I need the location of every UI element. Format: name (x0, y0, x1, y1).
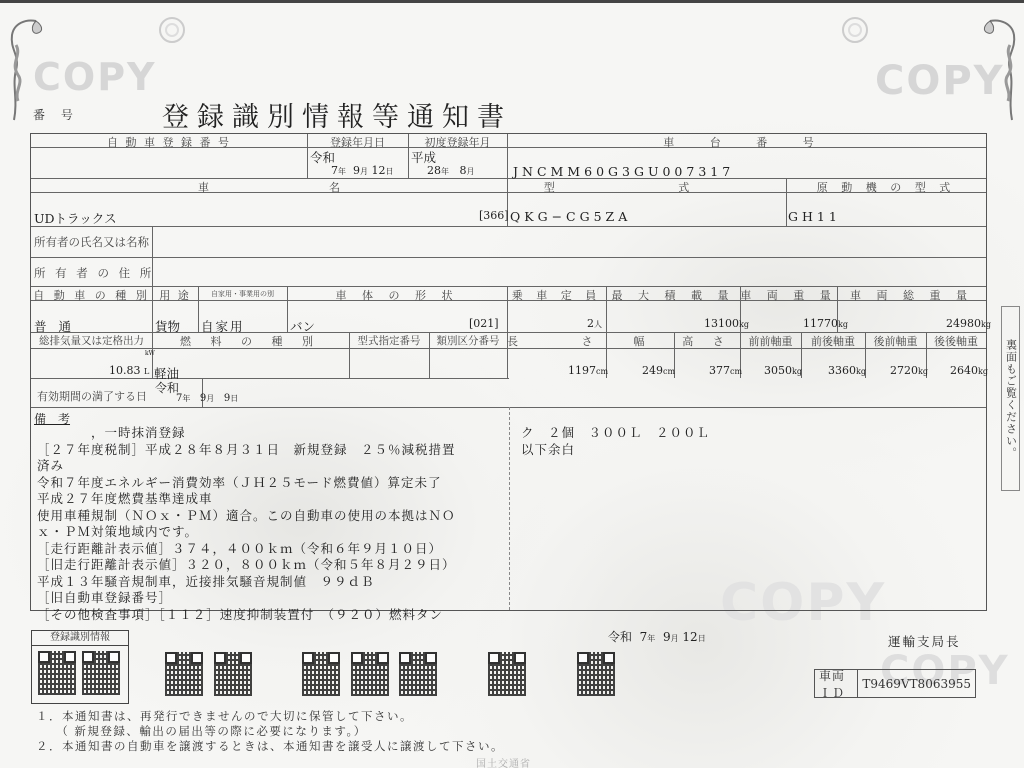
reg-number-label: 自 動 車 登 録 番 号 (31, 134, 307, 150)
qr-code-icon (351, 652, 389, 696)
displacement-unit-kw: kW (145, 350, 155, 357)
class-number-label: 類別区分番号 (429, 333, 507, 348)
registration-id-qr-box: 登録識別情報 (31, 630, 129, 704)
body-shape-label: 車 体 の 形 状 (287, 287, 507, 303)
expiry-label: 有効期間の満了する日 (33, 388, 151, 404)
vehicle-type-label: 自 動 車 の 種 別 (31, 287, 152, 303)
capacity-label: 乗 車 定 員 (507, 287, 606, 303)
fuel-type-label: 燃 料 の 種 別 (152, 333, 349, 349)
emblem-icon (840, 15, 870, 53)
qr-code-icon (38, 651, 76, 695)
expiry-date-value: 7年 9月 9日 (176, 393, 238, 404)
rear-rear-axle-value: 2640kg (950, 364, 988, 377)
max-load-value: 13100kg (704, 317, 749, 330)
qr-code-icon (165, 652, 203, 696)
displacement-value: 10.83 L (109, 364, 149, 377)
vehicle-name-code: [366] (479, 209, 509, 222)
registration-table: 自 動 車 登 録 番 号 登録年月日 初度登録年月 車 台 番 号 令和 7年… (30, 133, 987, 611)
model-label: 型 式 (507, 179, 786, 195)
reg-date-value: 7年 9月 12日 (331, 164, 394, 177)
width-value: 249cm (642, 364, 675, 377)
owner-name-label: 所有者の氏名又は名称 (34, 234, 149, 250)
use-label: 用 途 (152, 287, 198, 303)
body-shape-code: [021] (469, 317, 499, 330)
vehicle-id-value: T9469VT8063955 (858, 670, 975, 697)
type-designation-label: 型式指定番号 (349, 333, 429, 348)
vehicle-weight-label: 車 両 重 量 (740, 287, 837, 303)
see-reverse-note: 裏面もご覧ください。 (1001, 306, 1020, 491)
front-front-axle-label: 前前軸重 (740, 333, 801, 349)
qr-code-icon (488, 652, 526, 696)
copy-watermark: COPY (33, 55, 157, 99)
front-rear-axle-label: 前後軸重 (801, 333, 865, 349)
first-reg-value: 28年 8月 (427, 164, 475, 177)
chassis-number-label: 車 台 番 号 (507, 134, 986, 150)
rear-front-axle-label: 後前軸重 (865, 333, 926, 349)
private-business-label: 自家用・事業用の別 (198, 289, 287, 299)
gross-weight-value: 24980kg (946, 317, 991, 330)
vehicle-weight-value: 11770kg (803, 317, 848, 330)
issuer-title: 運輸支局長 (888, 632, 961, 650)
length-value: 1197cm (568, 364, 608, 377)
ministry-mark: 国土交通省 (476, 755, 531, 768)
issue-date: 令和 7年 9月 12日 (608, 628, 706, 645)
engine-model-value: GH11 (788, 209, 841, 224)
vehicle-id-label: 車両ＩＤ (815, 670, 858, 697)
rear-front-axle-value: 2720kg (890, 364, 928, 377)
emblem-icon (157, 15, 187, 53)
model-value: QKG−CG5ZA (510, 209, 631, 224)
engine-model-label: 原 動 機 の 型 式 (786, 179, 986, 195)
displacement-label: 総排気量又は定格出力 (31, 333, 152, 348)
vehicle-name-label: 車名 (31, 179, 507, 195)
qr-box-title: 登録識別情報 (32, 631, 128, 646)
qr-code-icon (577, 652, 615, 696)
remarks-left-text: ，一時抹消登録 ［２７年度税制］平成２８年８月３１日 新規登録 ２５％減税措置 … (37, 425, 456, 623)
document-number-label: 番 号 (33, 106, 79, 123)
document-title: 登録識別情報等通知書 (162, 103, 512, 134)
capacity-value: 2人 (587, 317, 602, 330)
vehicle-name-value: UDトラックス (34, 209, 117, 227)
front-front-axle-value: 3050kg (764, 364, 802, 377)
length-label: 長 さ (507, 333, 606, 349)
height-value: 377cm (709, 364, 742, 377)
corner-ornament-icon (980, 15, 1020, 125)
qr-code-icon (214, 652, 252, 696)
qr-code-icon (399, 652, 437, 696)
gross-weight-label: 車 両 総 重 量 (837, 287, 986, 303)
rear-rear-axle-label: 後後軸重 (926, 333, 986, 349)
width-label: 幅 (606, 333, 674, 349)
chassis-number-value: JNCMM60G3GU007317 (513, 164, 734, 179)
max-load-label: 最 大 積 載 量 (606, 287, 740, 303)
footer-notes: １．本通知書は、再発行できませんので大切に保管して下さい。 （ 新規登録、輸出の… (36, 709, 504, 754)
height-label: 高 さ (674, 333, 740, 349)
qr-code-icon (82, 651, 120, 695)
qr-code-icon (302, 652, 340, 696)
front-rear-axle-value: 3360kg (828, 364, 866, 377)
document-page: COPY COPY COPY COPY 番 号 登録識別情報等通知書 (0, 3, 1024, 768)
remarks-right-text: ク ２個 ３００Ｌ ２００Ｌ 以下余白 (521, 425, 710, 458)
vehicle-id-box: 車両ＩＤ T9469VT8063955 (814, 669, 976, 698)
owner-address-label: 所 有 者 の 住 所 (34, 265, 154, 281)
